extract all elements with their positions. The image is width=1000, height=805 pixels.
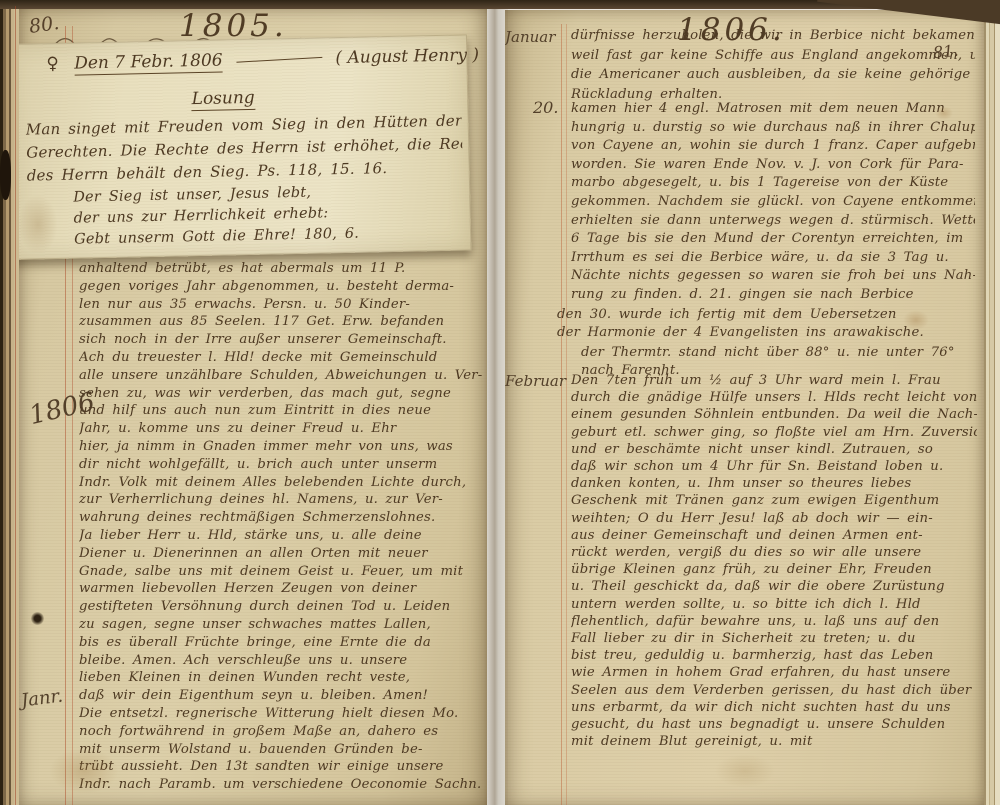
binding-clasp [0, 150, 11, 200]
handwritten-line: einem gesunden Söhnlein entbunden. Da we… [571, 406, 977, 423]
handwritten-line: dir nicht wohlgefällt, u. brich auch unt… [79, 456, 483, 474]
handwritten-line: flehentlich, dafür bewahre uns, u. laß u… [571, 613, 977, 630]
handwritten-line: Nächte nichts gegessen so waren sie froh… [571, 267, 975, 286]
handwritten-line: gesucht, du hast uns begnadigt u. unsere… [571, 716, 977, 733]
entry-februar-text: Den 7ten früh um ½ auf 3 Uhr ward mein l… [571, 372, 977, 750]
handwritten-line: gestifteten Versöhnung durch deinen Tod … [79, 598, 483, 616]
handwritten-line: der Harmonie der 4 Evangelisten ins araw… [557, 324, 971, 342]
entry-20-text: kamen hier 4 engl. Matrosen mit dem neue… [571, 100, 975, 305]
handwritten-line: übrige Kleinen ganz früh, zu deiner Ehr,… [571, 561, 977, 578]
handwritten-line: dürfnisse herzuholen, die wir in Berbice… [571, 26, 975, 46]
handwritten-line: Seelen aus dem Verderben gerissen, du ha… [571, 682, 977, 699]
book-gutter-shadow [484, 8, 508, 805]
handwritten-line: und er beschämte nicht unser kindl. Zutr… [571, 441, 977, 458]
handwritten-line: zu sagen, segne unser schwaches mattes L… [79, 616, 483, 634]
handwritten-line: untern werden sollte, u. so bitte ich di… [571, 596, 977, 613]
handwritten-line: noch fortwährend in großem Maße an, dahe… [79, 723, 483, 741]
handwritten-line: gegen voriges Jahr abgenommen, u. besteh… [79, 278, 483, 296]
handwritten-line: Indr. nach Paramb. um verschiedene Oecon… [79, 776, 483, 794]
handwritten-line: 6 Tage bis sie den Mund der Corentyn err… [571, 230, 975, 249]
handwritten-line: kamen hier 4 engl. Matrosen mit dem neue… [571, 100, 975, 119]
handwritten-line: Ach du treuester l. Hld! decke mit Gemei… [79, 349, 483, 367]
handwritten-line: len nur aus 35 erwachs. Persn. u. 50 Kin… [79, 296, 483, 314]
margin-note-februar: Februar [505, 372, 566, 390]
handwritten-line: mit deinem Blut gereinigt, u. mit [571, 733, 977, 750]
losung-verse-text: Der Sieg ist unser, Jesus lebt,der uns z… [73, 180, 454, 251]
handwritten-line: u. Theil geschickt da, daß wir die obere… [571, 578, 977, 595]
handwritten-line: sehen zu, was wir verderben, das mach gu… [79, 385, 483, 403]
right-page: 1806. 81. Januar dürfnisse herzuholen, d… [505, 10, 986, 805]
handwritten-line: rückt werden, vergiß du dies so wir alle… [571, 544, 977, 561]
pasted-losung-note: ♀ Den 7 Febr. 1806 ( August Henry ) Losu… [7, 34, 471, 260]
handwritten-line: marbo abgesegelt, u. bis 1 Tagereise von… [571, 174, 975, 193]
handwritten-line: wahrung deines rechtmäßigen Schmerzenslo… [79, 509, 483, 527]
weekday-symbol-venus: ♀ [46, 54, 59, 74]
margin-note-januar: Januar [505, 28, 555, 46]
handwritten-line: zusammen aus 85 Seelen. 117 Get. Erw. be… [79, 313, 483, 331]
handwritten-line: hungrig u. durstig so wie durchaus naß i… [571, 119, 975, 138]
handwritten-line: die Americaner auch ausbleiben, da sie k… [571, 65, 975, 85]
handwritten-line: Irrthum es sei die Berbice wäre, u. da s… [571, 249, 975, 268]
handwritten-line: zur Verherrlichung deines hl. Namens, u.… [79, 491, 483, 509]
handwritten-line: bis es überall Früchte bringe, eine Ernt… [79, 634, 483, 652]
handwritten-line: erhielten sie dann unterwegs wegen d. st… [571, 212, 975, 231]
handwritten-line: warmen liebevollen Herzen Zeugen von dei… [79, 580, 483, 598]
losung-title: Losung [191, 88, 254, 111]
handwritten-line: Die entsetzl. regnerische Witterung hiel… [79, 705, 483, 723]
handwritten-line: lieben Kleinen in deinen Wunden recht ve… [79, 669, 483, 687]
handwritten-line: gekommen. Nachdem sie glückl. von Cayene… [571, 193, 975, 212]
handwritten-line: hier, ja nimm in Gnaden immer mehr von u… [79, 438, 483, 456]
handwritten-line: Gnade, salbe uns mit deinem Geist u. Feu… [79, 563, 483, 581]
handwritten-line: alle unsere unzählbare Schulden, Abweich… [79, 367, 483, 385]
handwritten-line: daß wir dein Eigenthum seyn u. bleiben. … [79, 687, 483, 705]
handwritten-line: sich noch in der Irre außer unserer Geme… [79, 331, 483, 349]
handwritten-line: und hilf uns auch nun zum Eintritt in di… [79, 402, 483, 420]
handwritten-line: der Thermtr. stand nicht über 88° u. nie… [581, 344, 975, 362]
handwritten-line: Diener u. Dienerinnen an allen Orten mit… [79, 545, 483, 563]
handwritten-line: Fall lieber zu dir in Sicherheit zu tret… [571, 630, 977, 647]
handwritten-line: anhaltend betrübt, es hat abermals um 11… [79, 260, 483, 278]
handwritten-line: geburt etl. schwer ging, so floßte viel … [571, 424, 977, 441]
handwritten-line: weihten; O du Herr Jesu! laß ab doch wir… [571, 510, 977, 527]
handwritten-line: danken konten, u. Ihm unser so theures l… [571, 475, 977, 492]
handwritten-line: aus deiner Gemeinschaft und deinen Armen… [571, 527, 977, 544]
handwritten-line: worden. Sie waren Ende Nov. v. J. von Co… [571, 156, 975, 175]
handwritten-line: rung zu finden. d. 21. gingen sie nach B… [571, 286, 975, 305]
handwritten-line: wie Armen in hohem Grad erfahren, du has… [571, 664, 977, 681]
handwritten-line: trübt aussieht. Den 13t sandten wir eini… [79, 758, 483, 776]
left-page-body-text: anhaltend betrübt, es hat abermals um 11… [79, 260, 483, 800]
note-attribution: ( August Henry ) [335, 45, 479, 68]
handwritten-line: mit unserm Wolstand u. bauenden Gründen … [79, 741, 483, 759]
handwritten-line: daß wir schon um 4 Uhr für Sn. Beistand … [571, 458, 977, 475]
book-binding-edge [0, 6, 19, 805]
handwritten-line: Indr. Volk mit deinem Alles belebenden L… [79, 474, 483, 492]
handwritten-line: Geschenk mit Tränen ganz zum ewigen Eige… [571, 492, 977, 509]
handwritten-line: den 30. wurde ich fertig mit dem Ueberse… [557, 306, 971, 324]
entry-januar-text: dürfnisse herzuholen, die wir in Berbice… [571, 26, 975, 104]
note-date: Den 7 Febr. 1806 [74, 50, 223, 75]
binding-red-line [15, 6, 16, 805]
handwritten-line: bleibe. Amen. Ach verschleuße uns u. uns… [79, 652, 483, 670]
handwritten-line: Den 7ten früh um ½ auf 3 Uhr ward mein l… [571, 372, 977, 389]
handwritten-line: von Cayene an, wohin sie durch 1 franz. … [571, 137, 975, 156]
handwritten-line: uns erbarmt, da wir dich nicht suchten h… [571, 699, 977, 716]
handwritten-line: Jahr, u. komme uns zu deiner Freud u. Eh… [79, 420, 483, 438]
handwritten-line: Ja lieber Herr u. Hld, stärke uns, u. al… [79, 527, 483, 545]
handwritten-line: durch die gnädige Hülfe unsers l. Hlds r… [571, 389, 977, 406]
margin-note-20: 20. [533, 98, 558, 117]
losung-scripture-text: Man singet mit Freuden vom Sieg in den H… [26, 109, 463, 187]
handwritten-line: weil fast gar keine Schiffe aus England … [571, 46, 975, 66]
entry-den30-text: den 30. wurde ich fertig mit dem Ueberse… [557, 306, 971, 342]
flourish-dash [236, 57, 322, 63]
handwritten-line: bist treu, geduldig u. barmherzig, hast … [571, 647, 977, 664]
right-margin-rule [561, 24, 567, 805]
fore-edge-pages [986, 10, 1000, 805]
